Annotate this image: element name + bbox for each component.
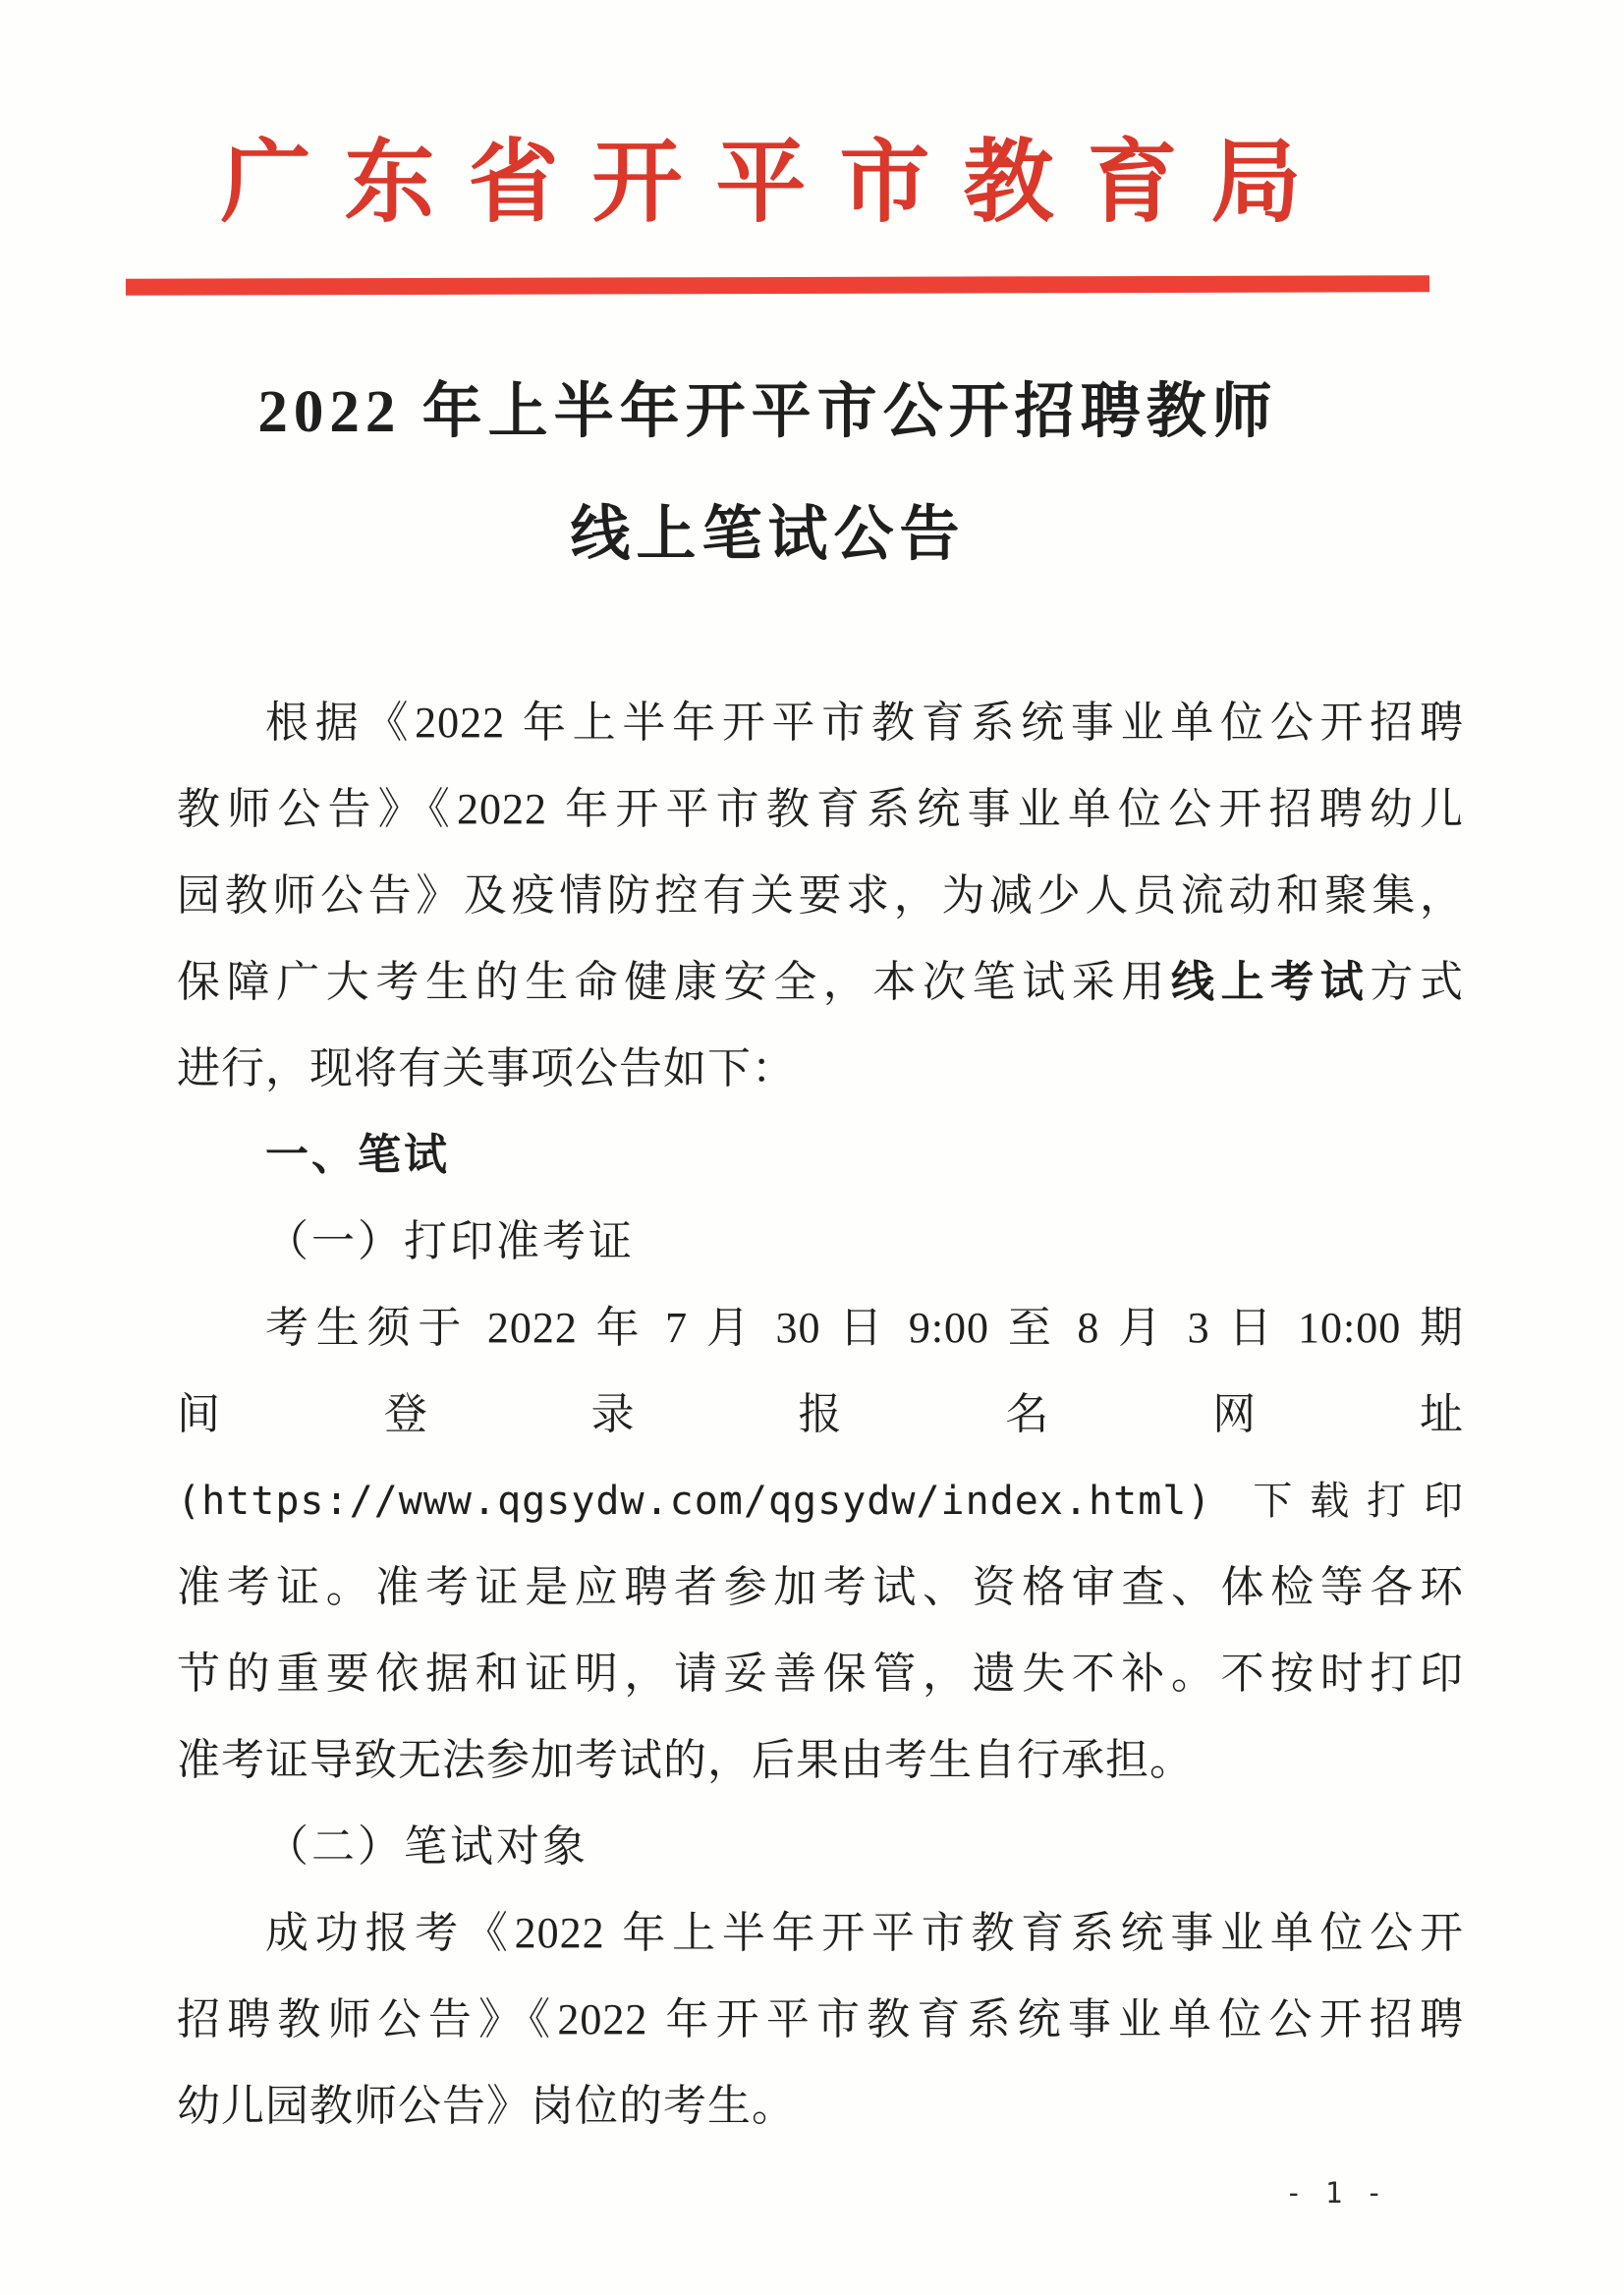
document-title-line1: 2022 年上半年开平市公开招聘教师 <box>0 378 1580 447</box>
text-segment: 进行，现将有关事项公告如下： <box>177 1044 796 1092</box>
document-title: 2022 年上半年开平市公开招聘教师 线上笔试公告 <box>0 378 1580 570</box>
text-segment: 幼儿园教师公告》岗位的考生。 <box>177 2082 796 2130</box>
body-heading: 一、笔试 <box>177 1112 1464 1199</box>
text-segment: 准考证。准考证是应聘者参加考试、资格审查、体检等各环 <box>177 1563 1464 1611</box>
body-subheading: （二）笔试对象 <box>177 1804 1464 1890</box>
body-line: 保障广大考生的生命健康安全，本次笔试采用线上考试方式 <box>177 939 1464 1026</box>
text-segment: 保障广大考生的生命健康安全，本次笔试采用 <box>177 958 1171 1006</box>
letterhead-rule <box>126 275 1429 295</box>
text-segment: （一）打印准考证 <box>265 1217 635 1265</box>
page-number: - 1 - <box>1285 2176 1385 2210</box>
body-line: 招聘教师公告》《2022 年开平市教育系统事业单位公开招聘 <box>177 1977 1464 2063</box>
text-segment: 一、笔试 <box>265 1131 450 1179</box>
body-subheading: （一）打印准考证 <box>177 1199 1464 1285</box>
body-line: (https://www.qgsydw.com/qgsydw/index.htm… <box>177 1458 1464 1544</box>
text-segment: 招聘教师公告》《2022 年开平市教育系统事业单位公开招聘 <box>177 1995 1464 2043</box>
letterhead-org-name: 广东省开平市教育局 <box>0 0 1590 231</box>
text-segment: (https://www.qgsydw.com/qgsydw/index.htm… <box>177 1479 1464 1524</box>
emphasized-text-segment: 线上考试 <box>1171 958 1370 1006</box>
body-line: 成功报考《2022 年上半年开平市教育系统事业单位公开 <box>177 1890 1464 1977</box>
body-line: 节的重要依据和证明，请妥善保管，遗失不补。不按时打印 <box>177 1631 1464 1717</box>
body-line: 准考证导致无法参加考试的，后果由考生自行承担。 <box>177 1717 1464 1804</box>
letterhead: 广东省开平市教育局 <box>0 0 1624 294</box>
body-line: 幼儿园教师公告》岗位的考生。 <box>177 2063 1464 2150</box>
body-line: 园教师公告》及疫情防控有关要求，为减少人员流动和聚集， <box>177 853 1464 939</box>
text-segment: 根据《2022 年上半年开平市教育系统事业单位公开招聘 <box>265 699 1464 747</box>
body-line: 教师公告》《2022 年开平市教育系统事业单位公开招聘幼儿 <box>177 766 1464 853</box>
body-lines: 根据《2022 年上半年开平市教育系统事业单位公开招聘教师公告》《2022 年开… <box>177 680 1464 2150</box>
text-segment: 节的重要依据和证明，请妥善保管，遗失不补。不按时打印 <box>177 1650 1464 1698</box>
body-line: 进行，现将有关事项公告如下： <box>177 1026 1464 1112</box>
text-segment: 园教师公告》及疫情防控有关要求，为减少人员流动和聚集， <box>177 871 1464 920</box>
text-segment: 教师公告》《2022 年开平市教育系统事业单位公开招聘幼儿 <box>177 785 1464 833</box>
text-segment: 准考证导致无法参加考试的，后果由考生自行承担。 <box>177 1736 1194 1784</box>
document-page: 广东省开平市教育局 2022 年上半年开平市公开招聘教师 线上笔试公告 根据《2… <box>0 0 1624 2295</box>
text-segment: （二）笔试对象 <box>265 1822 588 1871</box>
body-line: 考生须于 2022 年 7 月 30 日 9:00 至 8 月 3 日 10:0… <box>177 1285 1464 1371</box>
text-segment: 成功报考《2022 年上半年开平市教育系统事业单位公开 <box>265 1909 1464 1957</box>
body-line: 准考证。准考证是应聘者参加考试、资格审查、体检等各环 <box>177 1544 1464 1631</box>
document-title-line2: 线上笔试公告 <box>0 501 1580 570</box>
text-segment: 间登录报名网址 <box>177 1390 1464 1438</box>
text-segment: 考生须于 2022 年 7 月 30 日 9:00 至 8 月 3 日 10:0… <box>265 1304 1464 1352</box>
body-line: 根据《2022 年上半年开平市教育系统事业单位公开招聘 <box>177 680 1464 766</box>
body-line: 间登录报名网址 <box>177 1371 1464 1458</box>
text-segment: 方式 <box>1370 958 1464 1006</box>
